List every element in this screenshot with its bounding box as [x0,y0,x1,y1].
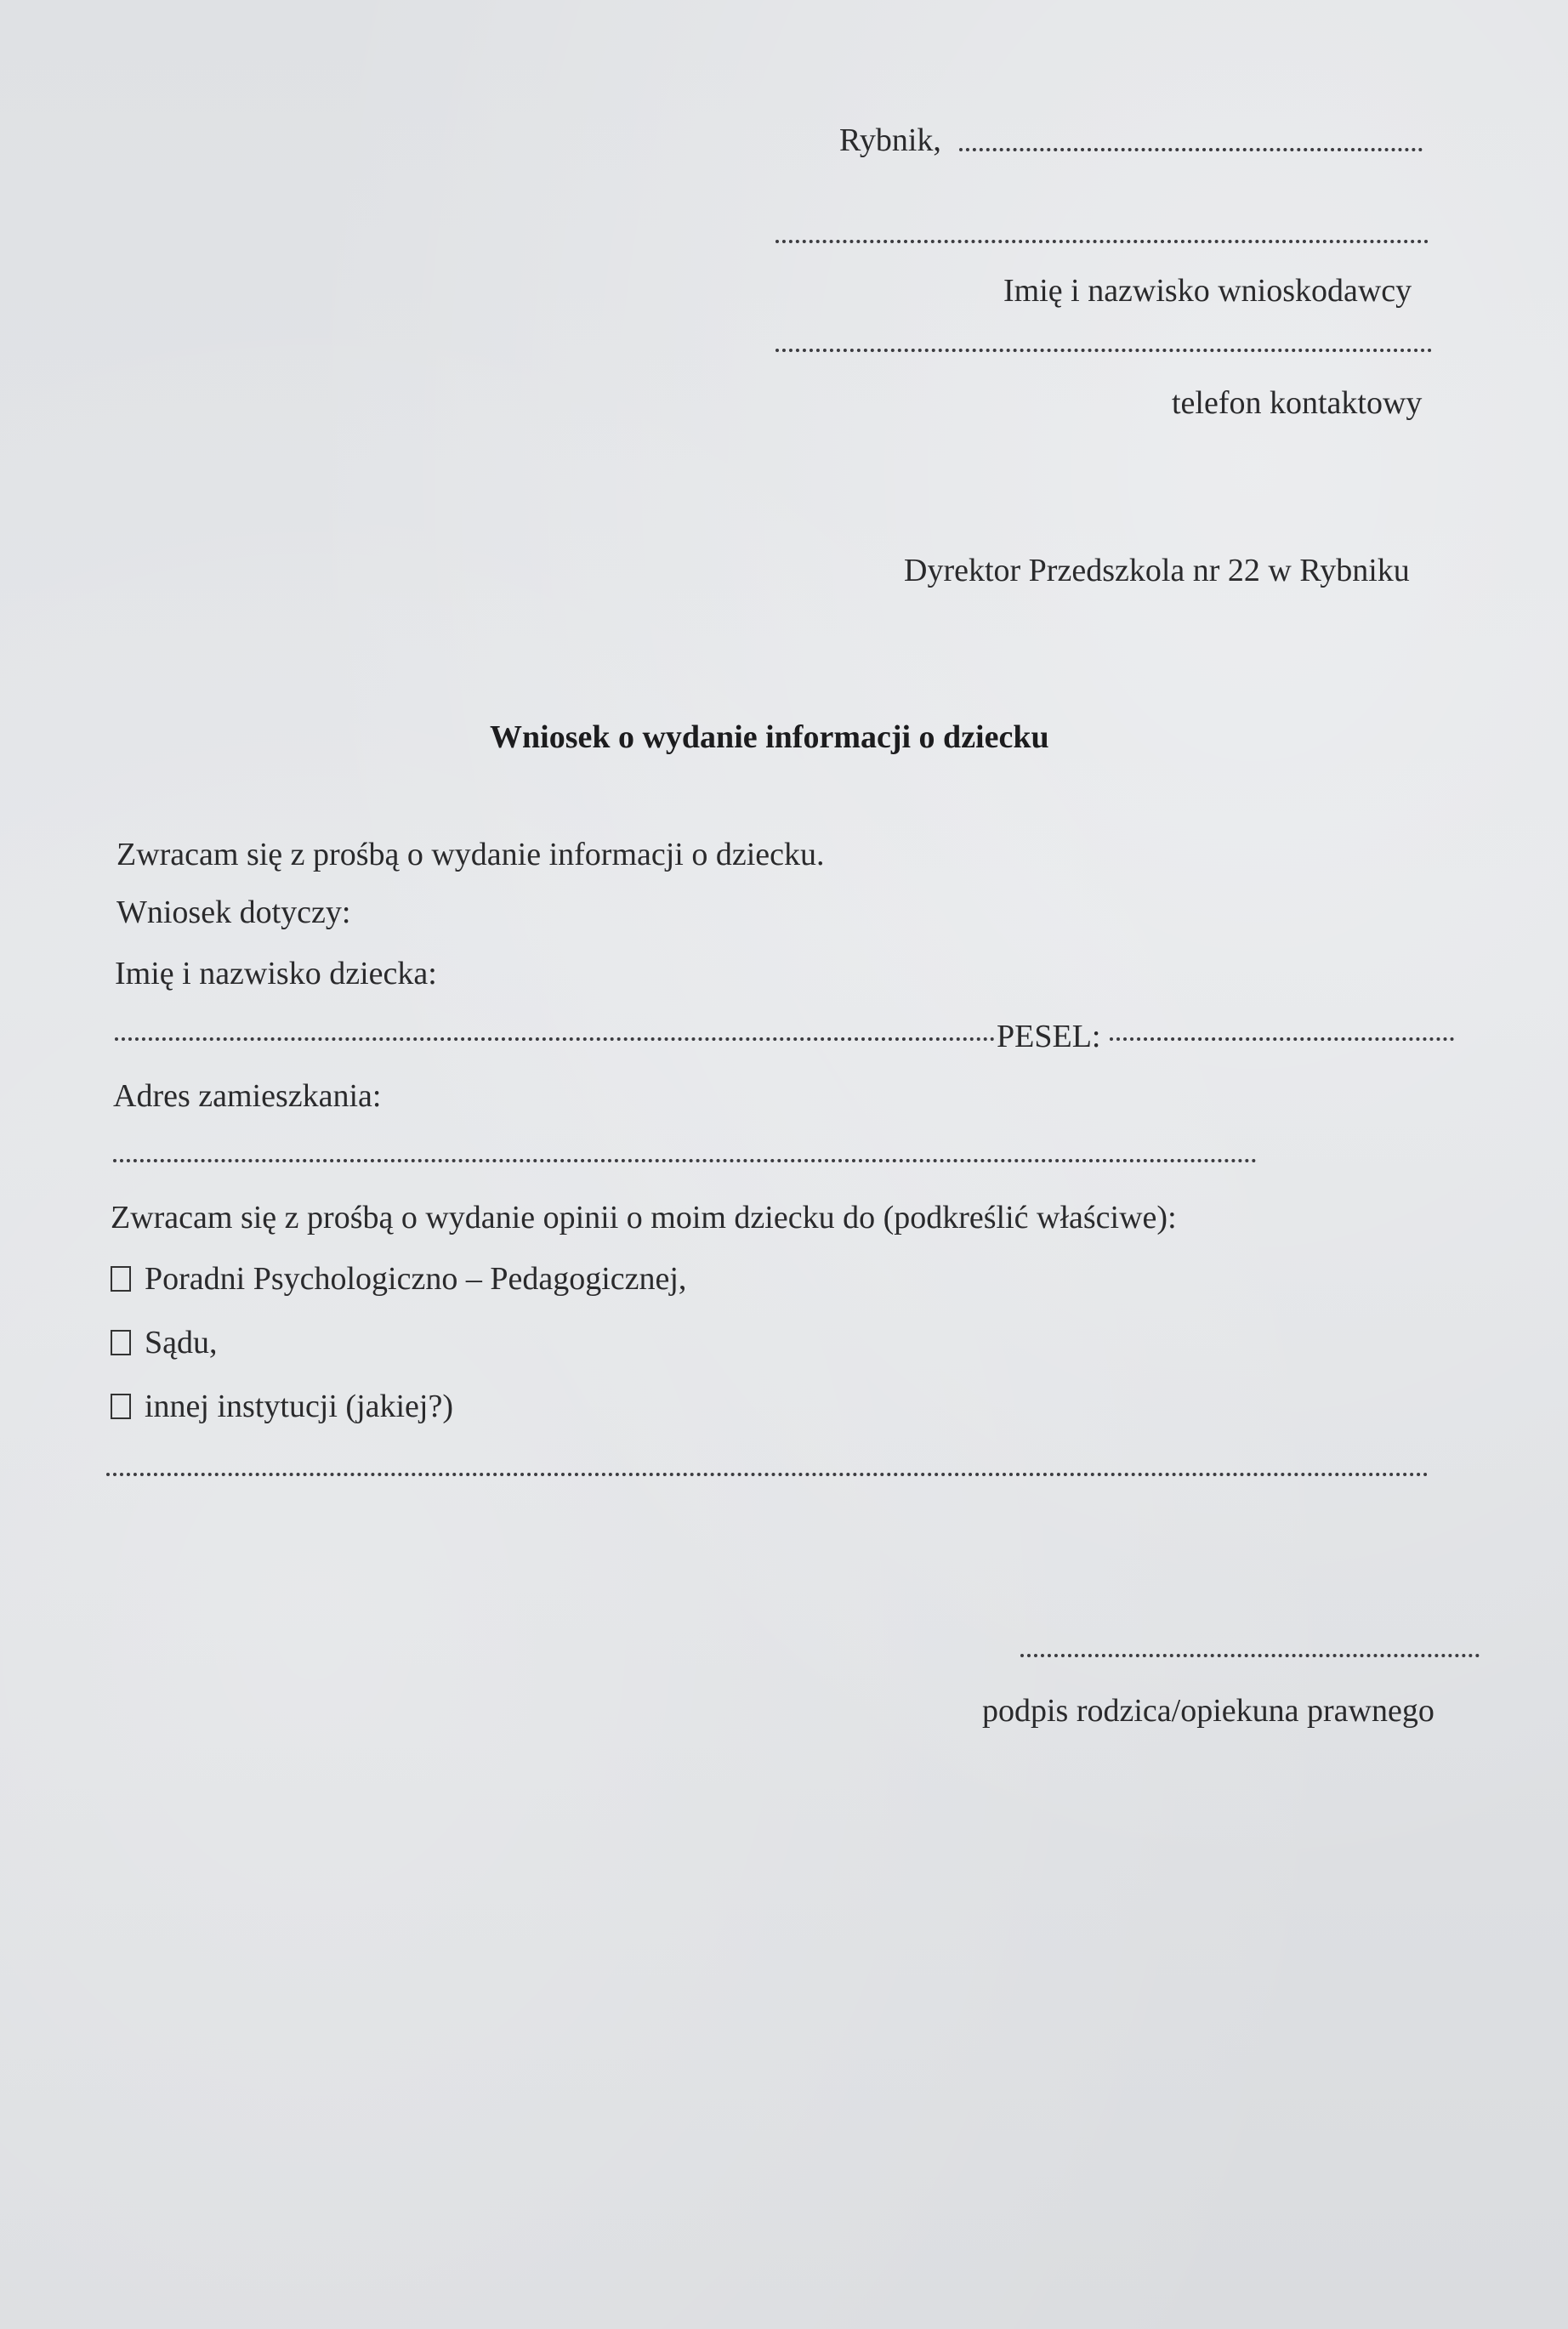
phone-field[interactable] [775,349,1432,352]
address-field[interactable] [113,1159,1257,1162]
signature-field[interactable] [1020,1654,1480,1657]
option-ppp-label: Poradni Psychologiczno – Pedagogicznej, [145,1261,686,1297]
intro-text: Zwracam się z prośbą o wydanie informacj… [116,838,825,871]
option-other-institution-label: innej instytucji (jakiej?) [145,1389,453,1424]
form-page: Rybnik, Imię i nazwisko wnioskodawcy tel… [0,0,1568,2329]
child-name-label: Imię i nazwisko dziecka: [115,957,437,990]
checkbox-court[interactable] [111,1330,131,1355]
signature-label: podpis rodzica/opiekuna prawnego [982,1695,1434,1727]
checkbox-other-institution[interactable] [111,1394,131,1419]
addressee: Dyrektor Przedszkola nr 22 w Rybniku [904,554,1410,587]
option-other-institution[interactable]: innej instytucji (jakiej?) [111,1390,453,1423]
phone-label: telefon kontaktowy [1172,387,1422,419]
applicant-name-field[interactable] [775,240,1429,243]
address-label: Adres zamieszkania: [113,1080,381,1112]
concerns-label: Wniosek dotyczy: [116,896,350,929]
document-title: Wniosek o wydanie informacji o dziecku [490,721,1049,753]
other-institution-field[interactable] [106,1473,1429,1476]
option-court-label: Sądu, [145,1325,218,1360]
option-court[interactable]: Sądu, [111,1326,218,1359]
applicant-name-label: Imię i nazwisko wnioskodawcy [1003,275,1412,307]
pesel-label: PESEL: [997,1020,1100,1053]
date-field[interactable] [959,148,1423,151]
place-label: Rybnik, [839,124,941,156]
checkbox-ppp[interactable] [111,1266,131,1292]
option-ppp[interactable]: Poradni Psychologiczno – Pedagogicznej, [111,1263,686,1295]
opinion-request-text: Zwracam się z prośbą o wydanie opinii o … [111,1201,1177,1234]
pesel-field[interactable] [1110,1037,1454,1041]
child-name-field[interactable] [115,1037,995,1041]
